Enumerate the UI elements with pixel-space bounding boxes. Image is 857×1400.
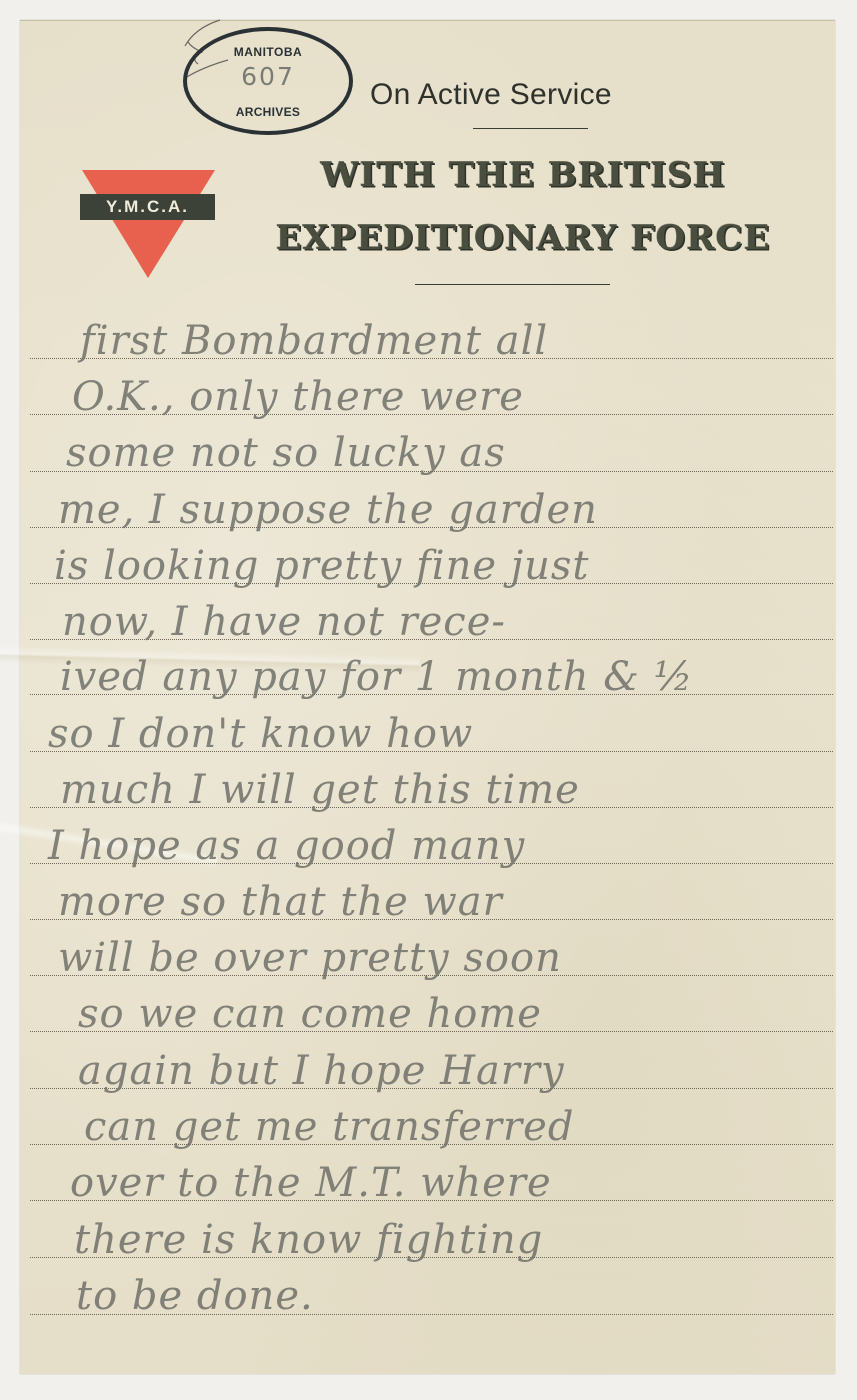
ymca-logo: Y.M.C.A. [60,160,230,280]
handwritten-line: first Bombardment all [80,318,548,364]
letterhead-subtitle: On Active Service [370,78,612,112]
handwritten-line: is looking pretty fine just [54,543,589,589]
letterhead-title-line-1: WITH THE BRITISH [258,155,788,195]
handwritten-line: again but I hope Harry [78,1048,565,1094]
stamp-top-text: MANITOBA [187,45,349,59]
handwritten-line: can get me transferred [84,1104,574,1150]
handwritten-line: much I will get this time [60,767,580,813]
handwritten-line: more so that the war [58,879,503,925]
letterhead-title-line-2: EXPEDITIONARY FORCE [258,218,788,258]
stamp-number: 607 [187,62,349,91]
archive-stamp: MANITOBA 607 ARCHIVES [183,27,353,135]
ymca-triangle-icon [60,160,230,280]
stamp-bottom-text: ARCHIVES [187,105,349,119]
handwritten-line: will be over pretty soon [58,935,562,981]
handwritten-line: to be done. [76,1273,314,1319]
handwritten-line: so I don't know how [48,711,473,757]
letterhead-divider-top [473,128,588,129]
letterhead-divider-bottom [415,284,610,285]
handwritten-line: over to the M.T. where [70,1160,552,1206]
handwritten-line: ived any pay for 1 month & ½ [60,654,693,700]
handwritten-line: some not so lucky as [66,430,506,476]
handwritten-line: O.K., only there were [72,374,524,420]
handwritten-line: there is know fighting [74,1217,543,1263]
ymca-label: Y.M.C.A. [80,194,215,220]
handwritten-line: I hope as a good many [48,823,525,869]
handwritten-line: so we can come home [78,991,542,1037]
handwritten-line: now, I have not rece- [62,599,506,645]
handwritten-line: me, I suppose the garden [58,487,598,533]
